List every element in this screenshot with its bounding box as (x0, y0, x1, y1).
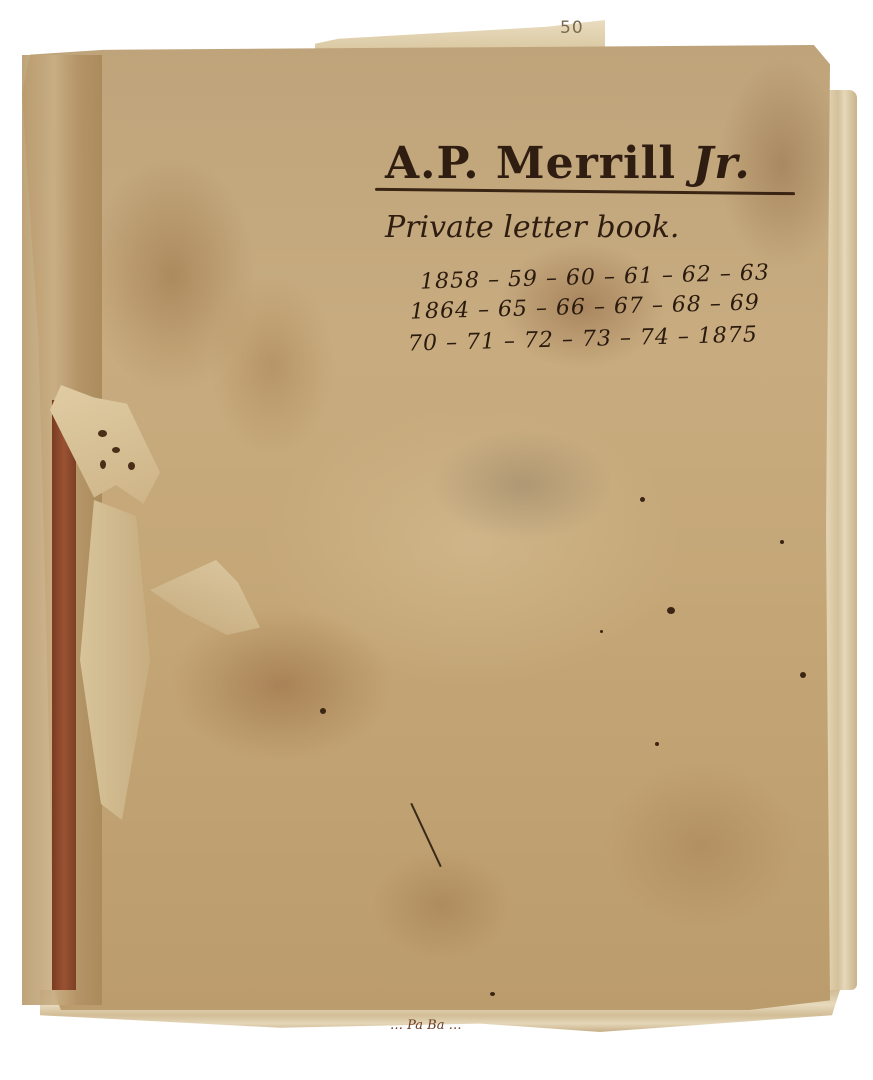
owner-name: A.P. Merrill (385, 138, 676, 189)
ink-speck (600, 630, 603, 633)
worm-hole (98, 430, 107, 437)
bottom-edge-scrawl: … Pa Ba … (390, 1018, 462, 1033)
ink-speck (320, 708, 326, 714)
owner-suffix: Jr. (692, 138, 750, 189)
book-subtitle: Private letter book. (385, 210, 679, 245)
book-photo: 50 A.P. Merrill Jr. Private letter book.… (0, 0, 873, 1080)
ink-speck (640, 497, 645, 502)
worm-hole (112, 447, 120, 453)
ink-speck (667, 607, 675, 614)
page-number: 50 (560, 18, 584, 38)
ink-speck (655, 742, 659, 746)
spine-leather-strip (52, 400, 76, 990)
worm-hole (128, 462, 135, 470)
ink-speck (800, 672, 806, 678)
owner-name-inscription: A.P. Merrill Jr. (385, 138, 751, 189)
ink-speck (490, 992, 495, 996)
ink-speck (780, 540, 784, 544)
worm-hole (100, 460, 106, 469)
